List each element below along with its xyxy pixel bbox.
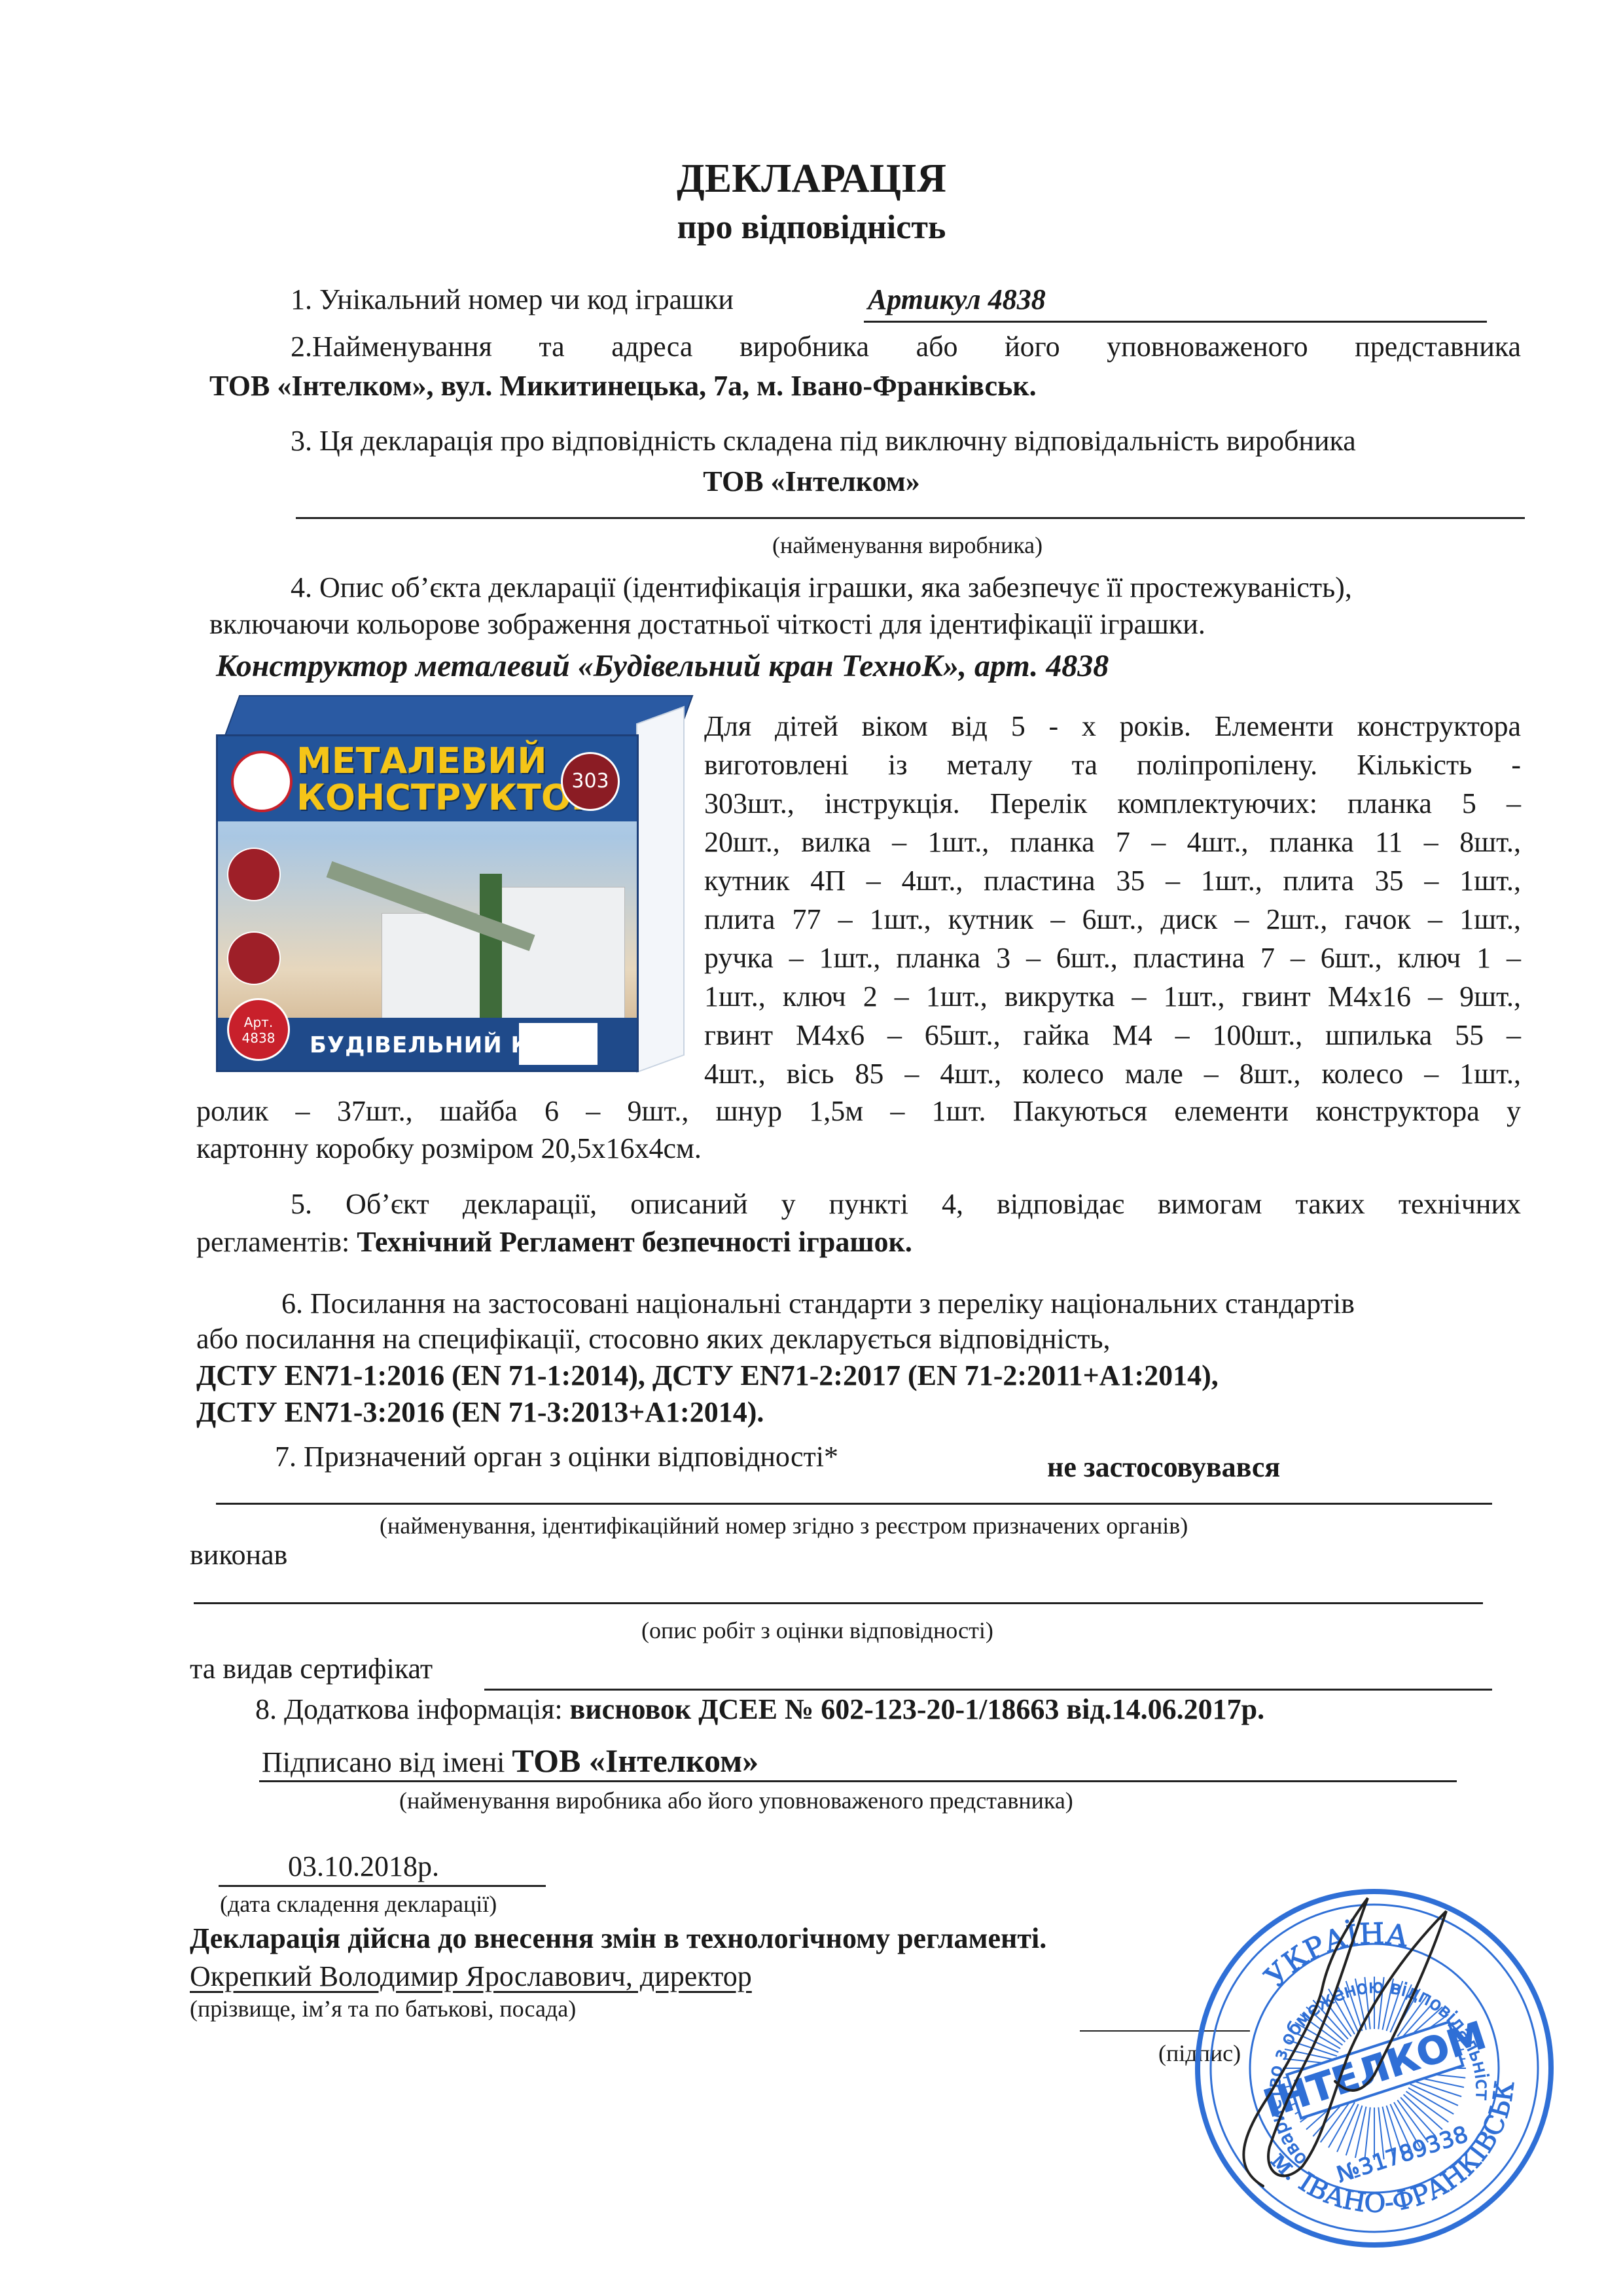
item7-certificate: та видав сертифікат [190, 1649, 433, 1689]
handwritten-signature [1152, 1859, 1492, 2225]
signer-caption: (прізвище, ім’я та по батькові, посада) [190, 1995, 576, 2022]
description-line: кутник 4П – 4шт., пластина 35 – 1шт., пл… [704, 861, 1521, 901]
item8-value: висновок ДСЕЕ № 602-123-20-1/18663 від.1… [570, 1693, 1265, 1725]
technok-toys-logo-icon [231, 751, 293, 812]
description-line: Для дітей віком від 5 - х років. Елемент… [704, 707, 1521, 746]
parts-count-badge: 303 [561, 752, 620, 811]
item3-underline [296, 517, 1525, 519]
thinking-icon [227, 931, 281, 985]
product-name: Конструктор металевий «Будівельний кран … [216, 647, 1109, 686]
item3-value: ТОВ «Інтелком» [0, 462, 1623, 501]
box-brand-text: МЕТАЛЕВИЙ КОНСТРУКТОР [296, 743, 597, 816]
description-line: картонну коробку розміром 20,5х16х4см. [196, 1129, 702, 1168]
validity-note: Декларація дійсна до внесення змін в тех… [190, 1919, 1046, 1958]
description-line: гвинт М4х6 – 65шт., гайка М4 – 100шт., ш… [704, 1016, 1521, 1055]
declaration-date: 03.10.2018р. [288, 1847, 439, 1886]
date-caption: (дата складення декларації) [220, 1890, 497, 1918]
box-front: МЕТАЛЕВИЙ КОНСТРУКТОР 303 БУДІВЕЛЬНИЙ КР… [216, 734, 639, 1072]
item3-label: 3. Ця декларація про відповідність склад… [291, 422, 1356, 461]
description-line: 1шт., ключ 2 – 1шт., викрутка – 1шт., гв… [704, 977, 1521, 1016]
article-badge: Арт. 4838 [227, 998, 290, 1061]
item7-caption1: (найменування, ідентифікаційний номер зг… [380, 1512, 1188, 1539]
signed-prefix: Підписано від імені [262, 1746, 512, 1778]
item4-label-line2: включаючи кольорове зображення достатньо… [209, 605, 1205, 644]
date-underline [219, 1885, 546, 1887]
box-side [636, 706, 685, 1073]
description-line: 303шт., інструкція. Перелік комплектуючи… [704, 784, 1521, 823]
description-line: 20шт., вилка – 1шт., планка 7 – 4шт., пл… [704, 823, 1521, 862]
item6-standards-line2: ДСТУ EN71-3:2016 (EN 71-3:2013+A1:2014). [196, 1393, 764, 1432]
item5-label-line2: регламентів: [196, 1226, 357, 1258]
item7-value: не застосовувався [1047, 1448, 1280, 1487]
item6-label-line1: 6. Посилання на застосовані національні … [281, 1284, 1355, 1323]
item5-label-line1: 5. Об’єкт декларації, описаний у пункті … [291, 1185, 1521, 1224]
item7-label: 7. Призначений орган з оцінки відповідно… [275, 1437, 838, 1477]
item6-label-line2: або посилання на специфікації, стосовно … [196, 1319, 1111, 1359]
signed-company: ТОВ «Інтелком» [512, 1742, 758, 1779]
description-line: ручка – 1шт., планка 3 – 6шт., пластина … [704, 939, 1521, 978]
item3-caption: (найменування виробника) [772, 531, 1043, 559]
product-box-image: МЕТАЛЕВИЙ КОНСТРУКТОР 303 БУДІВЕЛЬНИЙ КР… [204, 695, 688, 1075]
signed-caption: (найменування виробника або його уповнов… [399, 1787, 1073, 1814]
item1-underline [864, 321, 1487, 323]
description-line: виготовлені із металу та поліпропілену. … [704, 745, 1521, 785]
signer-name: Окрепкий Володимир Ярославович, директор [190, 1957, 752, 1996]
item7-underline-2 [194, 1602, 1483, 1604]
item8-label: 8. Додаткова інформація: [255, 1693, 570, 1725]
item4-label-line1: 4. Опис об’єкта декларації (ідентифікаці… [291, 568, 1352, 607]
building-graphic [493, 887, 625, 1039]
item7-caption2: (опис робіт з оцінки відповідності) [641, 1617, 993, 1644]
item1-value: Артикул 4838 [868, 280, 1046, 319]
tools-icon [227, 848, 281, 901]
signed-underline [259, 1780, 1457, 1782]
description-line: ролик – 37шт., шайба 6 – 9шт., шнур 1,5м… [196, 1092, 1521, 1131]
qr-code-icon [519, 1023, 597, 1065]
item2-label: 2.Найменування та адреса виробника або й… [291, 327, 1521, 367]
item2-value: ТОВ «Інтелком», вул. Микитинецька, 7а, м… [209, 367, 1037, 406]
document-subtitle: про відповідність [0, 208, 1623, 247]
document-title: ДЕКЛАРАЦІЯ [0, 156, 1623, 202]
item7-performed: виконав [190, 1535, 287, 1575]
item1-label: 1. Унікальний номер чи код іграшки [291, 280, 734, 319]
item6-standards-line1: ДСТУ EN71-1:2016 (EN 71-1:2014), ДСТУ EN… [196, 1356, 1219, 1395]
description-line: 4шт., вісь 85 – 4шт., колесо мале – 8шт.… [704, 1054, 1521, 1094]
description-line: плита 77 – 1шт., кутник – 6шт., диск – 2… [704, 900, 1521, 939]
item7-underline-1 [216, 1503, 1492, 1505]
item5-value: Технічний Регламент безпечності іграшок. [357, 1226, 912, 1258]
